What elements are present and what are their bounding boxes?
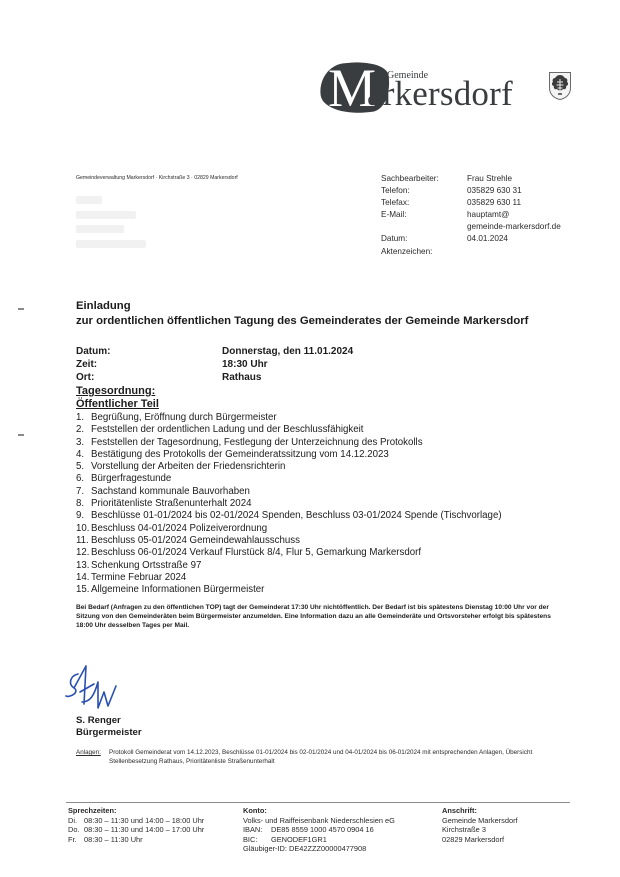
agenda-item-number: 13. (76, 560, 91, 572)
contact-row: Sachbearbeiter:Frau Strehle (381, 173, 561, 185)
meeting-place-row: Ort:Rathaus (76, 371, 353, 384)
agenda-item: 14.Termine Februar 2024 (76, 572, 502, 584)
agenda-item: 15.Allgemeine Informationen Bürgermeiste… (76, 584, 502, 596)
agenda-heading: Tagesordnung: Öffentlicher Teil (76, 385, 159, 410)
notice-paragraph: Bei Bedarf (Anfragen zu den öffentlichen… (76, 604, 556, 631)
agenda-item: 2.Feststellen der ordentlichen Ladung un… (76, 424, 502, 436)
footer-office-hours: Sprechzeiten: Di.08:30 – 11:30 und 14:00… (68, 806, 204, 844)
agenda-item-text: Prioritätenliste Straßenunterhalt 2024 (91, 498, 251, 510)
agenda-item: 7.Sachstand kommunale Bauvorhaben (76, 486, 502, 498)
contact-info-block: Sachbearbeiter:Frau Strehle Telefon:0358… (381, 173, 561, 258)
agenda-item-number: 1. (76, 412, 91, 424)
contact-row: Datum:04.01.2024 (381, 233, 561, 245)
meeting-details: Datum:Donnerstag, den 11.01.2024 Zeit:18… (76, 345, 353, 385)
meeting-time-row: Zeit:18:30 Uhr (76, 358, 353, 371)
agenda-item-number: 3. (76, 437, 91, 449)
agenda-item: 8.Prioritätenliste Straßenunterhalt 2024 (76, 498, 502, 510)
contact-row: E-Mail:hauptamt@ (381, 209, 561, 221)
agenda-item-number: 6. (76, 473, 91, 485)
logo-name: arkersdorf (367, 74, 513, 114)
agenda-list: 1.Begrüßung, Eröffnung durch Bürgermeist… (76, 412, 502, 596)
agenda-item-number: 10. (76, 523, 91, 535)
agenda-item-text: Begrüßung, Eröffnung durch Bürgermeister (91, 412, 277, 424)
tree-shield-icon (548, 71, 572, 101)
attachments-text: Protokoll Gemeinderat vom 14.12.2023, Be… (109, 749, 566, 766)
contact-row: Aktenzeichen: (381, 246, 561, 258)
agenda-item-text: Allgemeine Informationen Bürgermeister (91, 584, 264, 596)
agenda-item: 5.Vorstellung der Arbeiten der Friedensr… (76, 461, 502, 473)
agenda-item: 1.Begrüßung, Eröffnung durch Bürgermeist… (76, 412, 502, 424)
agenda-item: 9.Beschlüsse 01-01/2024 bis 02-01/2024 S… (76, 510, 502, 522)
agenda-item-text: Beschlüsse 01-01/2024 bis 02-01/2024 Spe… (91, 510, 502, 522)
agenda-item-number: 15. (76, 584, 91, 596)
fold-mark (18, 308, 24, 310)
agenda-item-text: Bürgerfragestunde (91, 473, 171, 485)
agenda-item-text: Beschluss 06-01/2024 Verkauf Flurstück 8… (91, 547, 421, 559)
agenda-item-number: 8. (76, 498, 91, 510)
agenda-item-text: Beschluss 05-01/2024 Gemeindewahlausschu… (91, 535, 300, 547)
sender-return-address: Gemeindeverwaltung Markersdorf · Kirchst… (76, 175, 238, 181)
agenda-item-number: 14. (76, 572, 91, 584)
agenda-item: 3.Feststellen der Tagesordnung, Festlegu… (76, 437, 502, 449)
attachments-note: Anlagen: Protokoll Gemeinderat vom 14.12… (76, 749, 566, 766)
fold-mark (18, 434, 24, 436)
agenda-item-number: 12. (76, 547, 91, 559)
attachments-label: Anlagen: (76, 749, 101, 758)
agenda-item: 6.Bürgerfragestunde (76, 473, 502, 485)
footer-divider (66, 802, 570, 803)
contact-row: Telefon:035829 630 31 (381, 185, 561, 197)
footer-address: Anschrift: Gemeinde Markersdorf Kirchstr… (442, 806, 518, 844)
agenda-item: 11.Beschluss 05-01/2024 Gemeindewahlauss… (76, 535, 502, 547)
signatory: S. Renger Bürgermeister (76, 715, 142, 739)
agenda-item-text: Sachstand kommunale Bauvorhaben (91, 486, 250, 498)
footer-bank-account: Konto: Volks- und Raiffeisenbank Nieders… (243, 806, 395, 854)
agenda-item-text: Feststellen der Tagesordnung, Festlegung… (91, 437, 423, 449)
agenda-item: 13.Schenkung Ortsstraße 97 (76, 560, 502, 572)
agenda-item-text: Termine Februar 2024 (91, 572, 186, 584)
agenda-item: 10.Beschluss 04-01/2024 Polizeiverordnun… (76, 523, 502, 535)
agenda-item-number: 5. (76, 461, 91, 473)
municipality-logo: M Gemeinde arkersdorf (318, 58, 530, 118)
agenda-item-text: Bestätigung des Protokolls der Gemeinder… (91, 449, 389, 461)
agenda-item-number: 9. (76, 510, 91, 522)
agenda-item-text: Vorstellung der Arbeiten der Friedensric… (91, 461, 285, 473)
handwritten-signature (64, 662, 134, 722)
meeting-date-row: Datum:Donnerstag, den 11.01.2024 (76, 345, 353, 358)
contact-row: Telefax:035829 630 11 (381, 197, 561, 209)
agenda-item-number: 4. (76, 449, 91, 461)
agenda-item-text: Feststellen der ordentlichen Ladung und … (91, 424, 364, 436)
agenda-item-number: 2. (76, 424, 91, 436)
agenda-item-number: 11. (76, 535, 91, 547)
agenda-item: 4.Bestätigung des Protokolls der Gemeind… (76, 449, 502, 461)
agenda-item: 12.Beschluss 06-01/2024 Verkauf Flurstüc… (76, 547, 502, 559)
contact-row: gemeinde-markersdorf.de (381, 221, 561, 233)
recipient-address-redacted (76, 196, 146, 254)
agenda-item-number: 7. (76, 486, 91, 498)
document-title: Einladung zur ordentlichen öffentlichen … (76, 299, 528, 328)
agenda-item-text: Beschluss 04-01/2024 Polizeiverordnung (91, 523, 267, 535)
agenda-item-text: Schenkung Ortsstraße 97 (91, 560, 201, 572)
